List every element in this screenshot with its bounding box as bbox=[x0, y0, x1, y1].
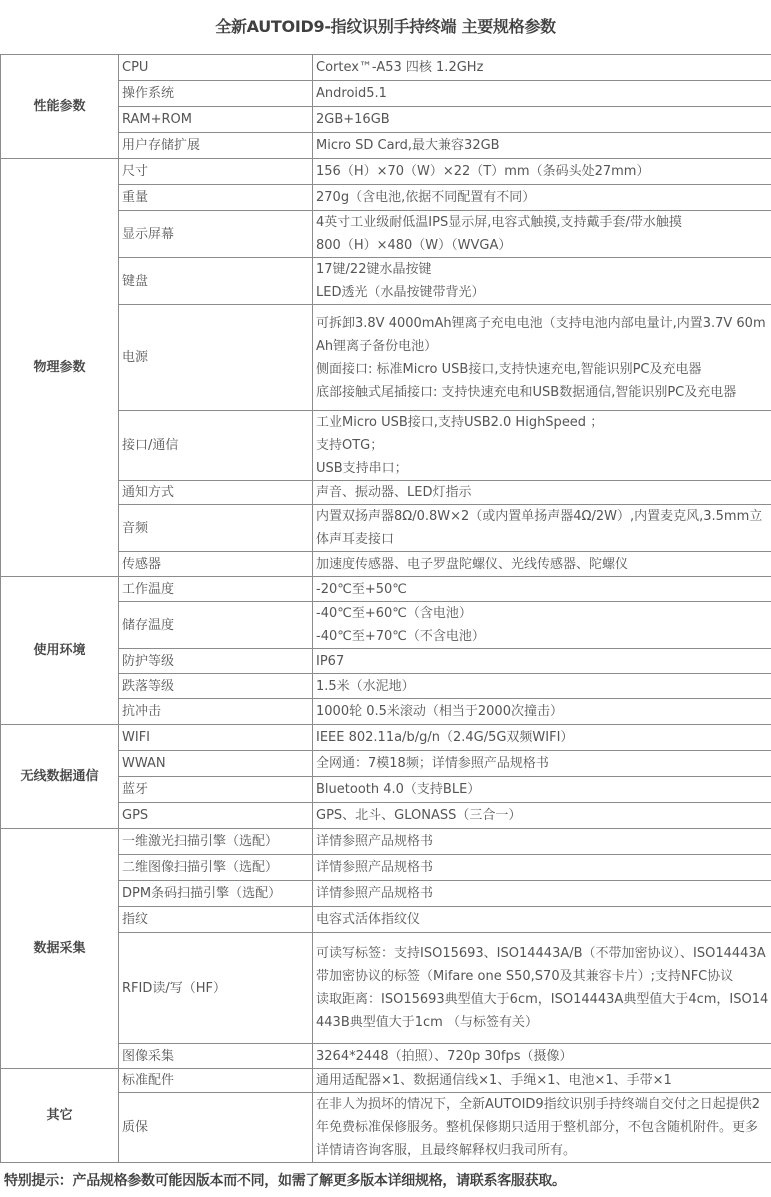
spec-value-line: Micro SD Card,最大兼容32GB bbox=[316, 134, 769, 157]
spec-value-cell: 电容式活体指纹仪 bbox=[313, 907, 771, 933]
spec-value-line: 读取距离：ISO15693典型值大于6cm，ISO14443A典型值大于4cm，… bbox=[316, 988, 769, 1034]
spec-key-cell: 质保 bbox=[119, 1093, 313, 1163]
table-row: 性能参数CPUCortex™-A53 四核 1.2GHz bbox=[1, 55, 771, 81]
spec-key-cell: WWAN bbox=[119, 751, 313, 777]
spec-value-line: 通用适配器×1、数据通信线×1、手绳×1、电池×1、手带×1 bbox=[316, 1069, 769, 1092]
table-row: 其它标准配件通用适配器×1、数据通信线×1、手绳×1、电池×1、手带×1 bbox=[1, 1069, 771, 1093]
spec-key-cell: 通知方式 bbox=[119, 481, 313, 505]
spec-value-line: IP67 bbox=[316, 650, 769, 673]
spec-value-cell: -40℃至+60℃（含电池）-40℃至+70℃（不含电池） bbox=[313, 602, 771, 649]
category-cell: 无线数据通信 bbox=[1, 725, 119, 829]
spec-value-cell: 详情参照产品规格书 bbox=[313, 829, 771, 855]
spec-key-cell: 传感器 bbox=[119, 552, 313, 577]
spec-value-line: 3264*2448（拍照）、720p 30fps（摄像） bbox=[316, 1045, 769, 1068]
spec-key-cell: 跌落等级 bbox=[119, 674, 313, 699]
spec-value-cell: 声音、振动器、LED灯指示 bbox=[313, 481, 771, 505]
spec-key-cell: 储存温度 bbox=[119, 602, 313, 649]
spec-value-line: 底部接触式尾插接口: 支持快速充电和USB数据通信,智能识别PC及充电器 bbox=[316, 381, 769, 404]
spec-value-line: GPS、北斗、GLONASS（三合一） bbox=[316, 804, 769, 827]
spec-value-line: 1000轮 0.5米滚动（相当于2000次撞击） bbox=[316, 700, 769, 723]
spec-value-cell: 17键/22键水晶按键LED透光（水晶按键带背光） bbox=[313, 258, 771, 305]
spec-value-cell: 270g（含电池,依据不同配置有不同） bbox=[313, 185, 771, 211]
page-title: 全新AUTOID9-指纹识别手持终端 主要规格参数 bbox=[0, 14, 771, 37]
spec-value-line: 全网通：7模18频；详情参照产品规格书 bbox=[316, 752, 769, 775]
spec-key-cell: 重量 bbox=[119, 185, 313, 211]
spec-value-line: 17键/22键水晶按键 bbox=[316, 258, 769, 281]
spec-key-cell: 标准配件 bbox=[119, 1069, 313, 1093]
spec-value-line: IEEE 802.11a/b/g/n（2.4G/5G双频WIFI） bbox=[316, 726, 769, 749]
spec-key-cell: 用户存储扩展 bbox=[119, 133, 313, 159]
category-cell: 性能参数 bbox=[1, 55, 119, 159]
spec-value-cell: Bluetooth 4.0（支持BLE） bbox=[313, 777, 771, 803]
footer-note: 特别提示：产品规格参数可能因版本而不同，如需了解更多版本详细规格，请联系客服获取… bbox=[4, 1170, 566, 1190]
spec-key-cell: 尺寸 bbox=[119, 159, 313, 185]
spec-value-cell: Micro SD Card,最大兼容32GB bbox=[313, 133, 771, 159]
spec-value-cell: 在非人为损坏的情况下，全新AUTOID9指纹识别手持终端自交付之日起提供2年免费… bbox=[313, 1093, 771, 1163]
spec-key-cell: 工作温度 bbox=[119, 577, 313, 602]
spec-key-cell: 蓝牙 bbox=[119, 777, 313, 803]
spec-value-cell: 1000轮 0.5米滚动（相当于2000次撞击） bbox=[313, 699, 771, 725]
spec-value-line: 工业Micro USB接口,支持USB2.0 HighSpeed ； bbox=[316, 411, 769, 434]
category-cell: 其它 bbox=[1, 1069, 119, 1163]
spec-value-line: LED透光（水晶按键带背光） bbox=[316, 281, 769, 304]
spec-value-cell: 详情参照产品规格书 bbox=[313, 855, 771, 881]
table-row: 使用环境工作温度-20℃至+50℃ bbox=[1, 577, 771, 602]
spec-value-line: 270g（含电池,依据不同配置有不同） bbox=[316, 186, 769, 209]
spec-value-cell: 可拆卸3.8V 4000mAh锂离子充电电池（支持电池内部电量计,内置3.7V … bbox=[313, 305, 771, 411]
spec-value-cell: 3264*2448（拍照）、720p 30fps（摄像） bbox=[313, 1044, 771, 1069]
spec-value-cell: IP67 bbox=[313, 649, 771, 674]
spec-value-cell: 加速度传感器、电子罗盘陀螺仪、光线传感器、陀螺仪 bbox=[313, 552, 771, 577]
spec-key-cell: RFID读/写（HF） bbox=[119, 933, 313, 1044]
spec-table-body: 性能参数CPUCortex™-A53 四核 1.2GHz操作系统Android5… bbox=[1, 55, 771, 1163]
spec-value-line: 加速度传感器、电子罗盘陀螺仪、光线传感器、陀螺仪 bbox=[316, 553, 769, 576]
spec-key-cell: WIFI bbox=[119, 725, 313, 751]
spec-value-line: 支持OTG； bbox=[316, 434, 769, 457]
spec-key-cell: 操作系统 bbox=[119, 81, 313, 107]
spec-value-cell: 详情参照产品规格书 bbox=[313, 881, 771, 907]
spec-value-line: Bluetooth 4.0（支持BLE） bbox=[316, 778, 769, 801]
spec-key-cell: 防护等级 bbox=[119, 649, 313, 674]
spec-value-line: 156（H）×70（W）×22（T）mm（条码头处27mm） bbox=[316, 160, 769, 183]
spec-value-cell: -20℃至+50℃ bbox=[313, 577, 771, 602]
spec-value-cell: 1.5米（水泥地） bbox=[313, 674, 771, 699]
spec-value-line: 2GB+16GB bbox=[316, 108, 769, 131]
spec-key-cell: 指纹 bbox=[119, 907, 313, 933]
spec-key-cell: 一维激光扫描引擎（选配） bbox=[119, 829, 313, 855]
spec-key-cell: 音频 bbox=[119, 505, 313, 552]
spec-value-cell: 通用适配器×1、数据通信线×1、手绳×1、电池×1、手带×1 bbox=[313, 1069, 771, 1093]
spec-value-line: 详情参照产品规格书 bbox=[316, 856, 769, 879]
spec-value-line: -40℃至+60℃（含电池） bbox=[316, 602, 769, 625]
spec-value-line: Cortex™-A53 四核 1.2GHz bbox=[316, 56, 769, 79]
spec-key-cell: 接口/通信 bbox=[119, 411, 313, 481]
spec-key-cell: 电源 bbox=[119, 305, 313, 411]
table-row: 数据采集一维激光扫描引擎（选配）详情参照产品规格书 bbox=[1, 829, 771, 855]
spec-value-cell: 2GB+16GB bbox=[313, 107, 771, 133]
spec-key-cell: 键盘 bbox=[119, 258, 313, 305]
spec-value-line: 1.5米（水泥地） bbox=[316, 675, 769, 698]
spec-key-cell: 二维图像扫描引擎（选配） bbox=[119, 855, 313, 881]
spec-key-cell: GPS bbox=[119, 803, 313, 829]
spec-value-line: -20℃至+50℃ bbox=[316, 578, 769, 601]
category-cell: 使用环境 bbox=[1, 577, 119, 725]
spec-value-line: 内置双扬声器8Ω/0.8W×2（或内置单扬声器4Ω/2W）,内置麦克风,3.5m… bbox=[316, 505, 769, 551]
spec-value-line: 在非人为损坏的情况下，全新AUTOID9指纹识别手持终端自交付之日起提供2年免费… bbox=[316, 1093, 769, 1162]
spec-value-cell: 4英寸工业级耐低温IPS显示屏,电容式触摸,支持戴手套/带水触摸800（H）×4… bbox=[313, 211, 771, 258]
spec-value-cell: 工业Micro USB接口,支持USB2.0 HighSpeed ；支持OTG；… bbox=[313, 411, 771, 481]
spec-table: 性能参数CPUCortex™-A53 四核 1.2GHz操作系统Android5… bbox=[0, 54, 771, 1163]
spec-key-cell: CPU bbox=[119, 55, 313, 81]
spec-value-line: -40℃至+70℃（不含电池） bbox=[316, 625, 769, 648]
spec-value-line: 侧面接口: 标准Micro USB接口,支持快速充电,智能识别PC及充电器 bbox=[316, 358, 769, 381]
spec-key-cell: RAM+ROM bbox=[119, 107, 313, 133]
spec-key-cell: 图像采集 bbox=[119, 1044, 313, 1069]
spec-key-cell: 抗冲击 bbox=[119, 699, 313, 725]
spec-value-cell: 内置双扬声器8Ω/0.8W×2（或内置单扬声器4Ω/2W）,内置麦克风,3.5m… bbox=[313, 505, 771, 552]
spec-key-cell: 显示屏幕 bbox=[119, 211, 313, 258]
spec-value-cell: Android5.1 bbox=[313, 81, 771, 107]
spec-value-line: 详情参照产品规格书 bbox=[316, 830, 769, 853]
spec-value-line: 电容式活体指纹仪 bbox=[316, 908, 769, 931]
table-row: 物理参数尺寸156（H）×70（W）×22（T）mm（条码头处27mm） bbox=[1, 159, 771, 185]
spec-value-cell: GPS、北斗、GLONASS（三合一） bbox=[313, 803, 771, 829]
spec-value-cell: 全网通：7模18频；详情参照产品规格书 bbox=[313, 751, 771, 777]
spec-value-line: 详情参照产品规格书 bbox=[316, 882, 769, 905]
spec-value-line: 可读写标签：支持ISO15693、ISO14443A/B（不带加密协议）、ISO… bbox=[316, 942, 769, 988]
spec-value-line: 4英寸工业级耐低温IPS显示屏,电容式触摸,支持戴手套/带水触摸 bbox=[316, 211, 769, 234]
spec-value-line: 声音、振动器、LED灯指示 bbox=[316, 481, 769, 504]
spec-value-cell: 可读写标签：支持ISO15693、ISO14443A/B（不带加密协议）、ISO… bbox=[313, 933, 771, 1044]
spec-value-cell: Cortex™-A53 四核 1.2GHz bbox=[313, 55, 771, 81]
spec-value-cell: 156（H）×70（W）×22（T）mm（条码头处27mm） bbox=[313, 159, 771, 185]
spec-value-line: 800（H）×480（W）（WVGA） bbox=[316, 234, 769, 257]
spec-value-line: 可拆卸3.8V 4000mAh锂离子充电电池（支持电池内部电量计,内置3.7V … bbox=[316, 312, 769, 358]
spec-value-line: USB支持串口； bbox=[316, 457, 769, 480]
spec-key-cell: DPM条码扫描引擎（选配） bbox=[119, 881, 313, 907]
category-cell: 物理参数 bbox=[1, 159, 119, 577]
spec-value-cell: IEEE 802.11a/b/g/n（2.4G/5G双频WIFI） bbox=[313, 725, 771, 751]
category-cell: 数据采集 bbox=[1, 829, 119, 1069]
spec-value-line: Android5.1 bbox=[316, 82, 769, 105]
table-row: 无线数据通信WIFIIEEE 802.11a/b/g/n（2.4G/5G双频WI… bbox=[1, 725, 771, 751]
